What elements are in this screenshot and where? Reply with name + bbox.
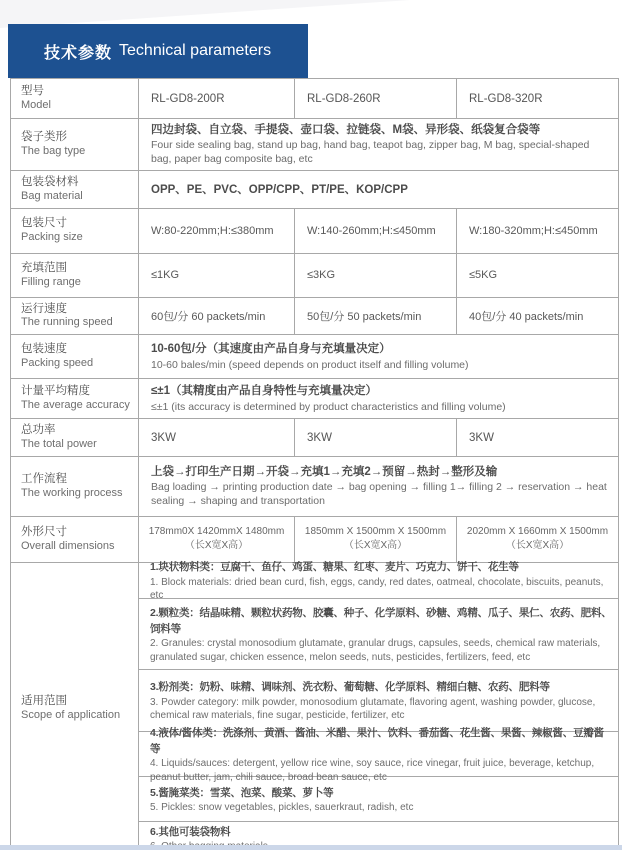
- cell-average-accuracy-zh: ≤±1（其精度由产品自身特性与充填量决定）: [151, 383, 610, 400]
- row-label-en: Overall dimensions: [21, 540, 134, 554]
- scope-section-zh: 2.颗粒类：结晶味精、颗粒状药物、胶囊、种子、化学原料、砂糖、鸡精、瓜子、果仁、…: [150, 605, 612, 638]
- row-label-zh: 计量平均精度: [21, 384, 134, 399]
- cell-model-3: RL-GD8-320R: [457, 79, 619, 119]
- scope-section-zh: 3.粉剂类：奶粉、味精、调味剂、洗衣粉、葡萄糖、化学原料、精细白糖、农药、肥料等: [150, 679, 612, 695]
- cell-bag-type-en: Four side sealing bag, stand up bag, han…: [151, 139, 610, 166]
- table-row-packing-speed: 包装速度 Packing speed 10-60包/分（其速度由产品自身与充填量…: [11, 335, 619, 379]
- row-label-zh: 包装袋材料: [21, 175, 134, 190]
- cell-model-2: RL-GD8-260R: [295, 79, 457, 119]
- spec-sheet-page: 技术参数 Technical parameters 型号 Model RL-GD…: [0, 0, 622, 850]
- dimension-unit: （长X宽X高）: [142, 539, 291, 553]
- row-label-total-power: 总功率 The total power: [11, 419, 139, 457]
- scope-section-en: 5. Pickles: snow vegetables, pickles, sa…: [150, 801, 612, 815]
- row-label-en: Packing speed: [21, 357, 134, 371]
- scope-section-pickles: 5.酱腌菜类：雪菜、泡菜、酸菜、萝卜等 5. Pickles: snow veg…: [139, 777, 618, 822]
- bottom-accent-bar: [0, 845, 622, 850]
- technical-parameters-table: 型号 Model RL-GD8-200R RL-GD8-260R RL-GD8-…: [10, 78, 619, 850]
- section-title-banner: 技术参数 Technical parameters: [8, 24, 308, 78]
- cell-dimensions-2: 1850mm X 1500mm X 1500mm （长X宽X高）: [295, 516, 457, 562]
- cell-dimensions-3: 2020mm X 1660mm X 1500mm （长X宽X高）: [457, 516, 619, 562]
- scope-section-zh: 5.酱腌菜类：雪菜、泡菜、酸菜、萝卜等: [150, 785, 612, 801]
- table-row-total-power: 总功率 The total power 3KW 3KW 3KW: [11, 419, 619, 457]
- cell-packing-speed: 10-60包/分（其速度由产品自身与充填量决定） 10-60 bales/min…: [139, 335, 619, 379]
- scope-section-en: 1. Block materials: dried bean curd, fis…: [150, 576, 612, 603]
- row-label-overall-dimensions: 外形尺寸 Overall dimensions: [11, 516, 139, 562]
- cell-running-speed-1: 60包/分 60 packets/min: [139, 297, 295, 335]
- cell-model-1: RL-GD8-200R: [139, 79, 295, 119]
- scope-section-zh: 4.液体/酱体类：洗涤剂、黄酒、酱油、米醋、果汁、饮料、番茄酱、花生酱、果酱、辣…: [150, 725, 612, 758]
- cell-bag-type: 四边封袋、自立袋、手提袋、壶口袋、拉链袋、M袋、异形袋、纸袋复合袋等 Four …: [139, 119, 619, 171]
- dimension-unit: （长X宽X高）: [460, 539, 615, 553]
- scope-section-powder: 3.粉剂类：奶粉、味精、调味剂、洗衣粉、葡萄糖、化学原料、精细白糖、农药、肥料等…: [139, 670, 618, 732]
- cell-total-power-3: 3KW: [457, 419, 619, 457]
- cell-filling-range-2: ≤3KG: [295, 253, 457, 297]
- table-row-working-process: 工作流程 The working process 上袋→打印生产日期→开袋→充填…: [11, 456, 619, 516]
- row-label-en: The running speed: [21, 316, 134, 330]
- dimension-value: 2020mm X 1660mm X 1500mm: [460, 525, 615, 539]
- cell-filling-range-3: ≤5KG: [457, 253, 619, 297]
- section-title-zh: 技术参数: [44, 40, 112, 63]
- table-row-bag-type: 袋子类形 The bag type 四边封袋、自立袋、手提袋、壶口袋、拉链袋、M…: [11, 119, 619, 171]
- scope-section-en: 4. Liquids/sauces: detergent, yellow ric…: [150, 757, 612, 784]
- table-row-filling-range: 充填范围 Filling range ≤1KG ≤3KG ≤5KG: [11, 253, 619, 297]
- cell-working-process-en: Bag loading → printing production date →…: [151, 481, 610, 508]
- cell-bag-material: OPP、PE、PVC、OPP/CPP、PT/PE、KOP/CPP: [139, 170, 619, 208]
- row-label-working-process: 工作流程 The working process: [11, 456, 139, 516]
- dimension-value: 1850mm X 1500mm X 1500mm: [298, 525, 453, 539]
- row-label-zh: 运行速度: [21, 302, 134, 317]
- cell-total-power-2: 3KW: [295, 419, 457, 457]
- cell-packing-size-2: W:140-260mm;H:≤450mm: [295, 208, 457, 253]
- scope-section-en: 3. Powder category: milk powder, monosod…: [150, 696, 612, 723]
- cell-working-process: 上袋→打印生产日期→开袋→充填1→充填2→预留→热封→整形及输 Bag load…: [139, 456, 619, 516]
- table-row-model: 型号 Model RL-GD8-200R RL-GD8-260R RL-GD8-…: [11, 79, 619, 119]
- row-label-packing-size: 包装尺寸 Packing size: [11, 208, 139, 253]
- table-row-overall-dimensions: 外形尺寸 Overall dimensions 178mm0X 1420mmX …: [11, 516, 619, 562]
- cell-packing-size-1: W:80-220mm;H:≤380mm: [139, 208, 295, 253]
- row-label-zh: 总功率: [21, 423, 134, 438]
- row-label-en: Bag material: [21, 190, 134, 204]
- row-label-en: The average accuracy: [21, 399, 134, 413]
- scope-section-granules: 2.颗粒类：结晶味精、颗粒状药物、胶囊、种子、化学原料、砂糖、鸡精、瓜子、果仁、…: [139, 599, 618, 670]
- row-label-average-accuracy: 计量平均精度 The average accuracy: [11, 379, 139, 419]
- row-label-model: 型号 Model: [11, 79, 139, 119]
- cell-packing-speed-zh: 10-60包/分（其速度由产品自身与充填量决定）: [151, 341, 610, 358]
- cell-dimensions-1: 178mm0X 1420mmX 1480mm （长X宽X高）: [139, 516, 295, 562]
- row-label-zh: 适用范围: [21, 694, 134, 709]
- cell-working-process-zh: 上袋→打印生产日期→开袋→充填1→充填2→预留→热封→整形及输: [151, 464, 610, 481]
- row-label-en: The bag type: [21, 145, 134, 159]
- table-row-bag-material: 包装袋材料 Bag material OPP、PE、PVC、OPP/CPP、PT…: [11, 170, 619, 208]
- cell-filling-range-1: ≤1KG: [139, 253, 295, 297]
- row-label-en: The total power: [21, 438, 134, 452]
- scope-section-en: 2. Granules: crystal monosodium glutamat…: [150, 637, 612, 664]
- table-row-scope: 适用范围 Scope of application 1.块状物料类：豆腐干、鱼仔…: [11, 562, 619, 850]
- cell-average-accuracy-en: ≤±1 (its accuracy is determined by produ…: [151, 401, 610, 415]
- row-label-bag-material: 包装袋材料 Bag material: [11, 170, 139, 208]
- row-label-zh: 袋子类形: [21, 130, 134, 145]
- row-label-bag-type: 袋子类形 The bag type: [11, 119, 139, 171]
- dimension-unit: （长X宽X高）: [298, 539, 453, 553]
- cell-packing-size-3: W:180-320mm;H:≤450mm: [457, 208, 619, 253]
- row-label-filling-range: 充填范围 Filling range: [11, 253, 139, 297]
- dimension-value: 178mm0X 1420mmX 1480mm: [142, 525, 291, 539]
- row-label-packing-speed: 包装速度 Packing speed: [11, 335, 139, 379]
- cell-average-accuracy: ≤±1（其精度由产品自身特性与充填量决定） ≤±1 (its accuracy …: [139, 379, 619, 419]
- cell-running-speed-2: 50包/分 50 packets/min: [295, 297, 457, 335]
- row-label-zh: 型号: [21, 84, 134, 99]
- table-row-packing-size: 包装尺寸 Packing size W:80-220mm;H:≤380mm W:…: [11, 208, 619, 253]
- cell-scope: 1.块状物料类：豆腐干、鱼仔、鸡蛋、糖果、红枣、麦片、巧克力、饼干、花生等 1.…: [139, 562, 619, 850]
- table-row-average-accuracy: 计量平均精度 The average accuracy ≤±1（其精度由产品自身…: [11, 379, 619, 419]
- row-label-zh: 充填范围: [21, 261, 134, 276]
- cell-total-power-1: 3KW: [139, 419, 295, 457]
- scope-section-liquids-sauces: 4.液体/酱体类：洗涤剂、黄酒、酱油、米醋、果汁、饮料、番茄酱、花生酱、果酱、辣…: [139, 732, 618, 777]
- row-label-zh: 包装尺寸: [21, 216, 134, 231]
- cell-packing-speed-en: 10-60 bales/min (speed depends on produc…: [151, 359, 610, 373]
- scope-section-zh: 1.块状物料类：豆腐干、鱼仔、鸡蛋、糖果、红枣、麦片、巧克力、饼干、花生等: [150, 559, 612, 575]
- row-label-zh: 外形尺寸: [21, 525, 134, 540]
- scope-section-zh: 6.其他可装袋物料: [150, 824, 612, 840]
- cell-running-speed-3: 40包/分 40 packets/min: [457, 297, 619, 335]
- scope-section-block-materials: 1.块状物料类：豆腐干、鱼仔、鸡蛋、糖果、红枣、麦片、巧克力、饼干、花生等 1.…: [139, 563, 618, 599]
- row-label-zh: 包装速度: [21, 342, 134, 357]
- cell-bag-type-zh: 四边封袋、自立袋、手提袋、壶口袋、拉链袋、M袋、异形袋、纸袋复合袋等: [151, 122, 610, 139]
- section-title-en: Technical parameters: [119, 42, 271, 60]
- row-label-scope: 适用范围 Scope of application: [11, 562, 139, 850]
- table-row-running-speed: 运行速度 The running speed 60包/分 60 packets/…: [11, 297, 619, 335]
- row-label-en: Scope of application: [21, 709, 134, 723]
- row-label-running-speed: 运行速度 The running speed: [11, 297, 139, 335]
- row-label-en: The working process: [21, 487, 134, 501]
- row-label-en: Filling range: [21, 276, 134, 290]
- row-label-en: Packing size: [21, 231, 134, 245]
- row-label-en: Model: [21, 99, 134, 113]
- row-label-zh: 工作流程: [21, 472, 134, 487]
